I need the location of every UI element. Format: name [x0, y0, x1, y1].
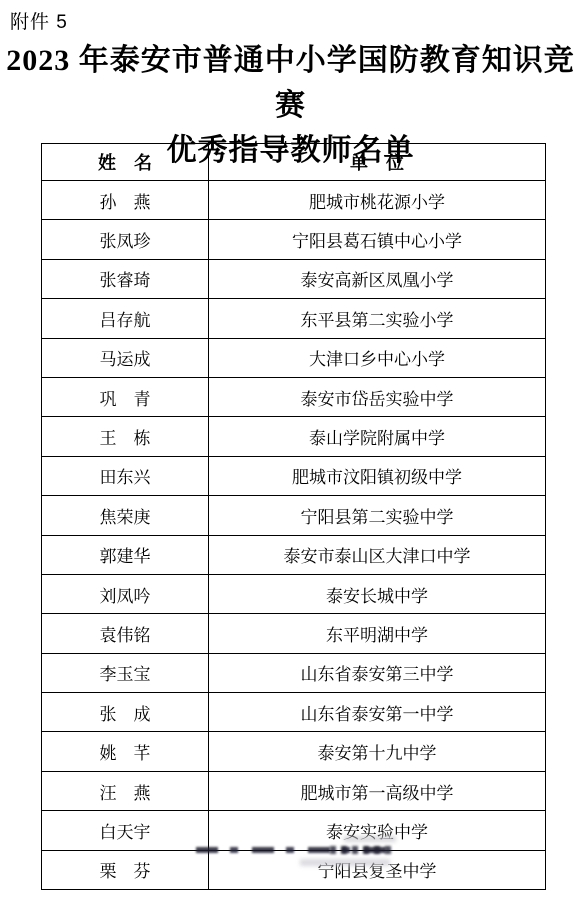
table-row: 姚 芊泰安第十九中学	[42, 732, 546, 771]
unit-cell: 泰安市岱岳实验中学	[209, 377, 546, 416]
name-cell: 姚 芊	[42, 732, 209, 771]
name-cell: 巩 青	[42, 377, 209, 416]
table-row: 李玉宝山东省泰安第三中学	[42, 653, 546, 692]
name-cell: 张 成	[42, 693, 209, 732]
name-cell: 张睿琦	[42, 259, 209, 298]
table-row: 白天宇泰安实验中学	[42, 811, 546, 850]
name-cell: 白天宇	[42, 811, 209, 850]
table-row: 吕存航东平县第二实验小学	[42, 299, 546, 338]
table-row: 王 栋泰山学院附属中学	[42, 417, 546, 456]
unit-cell: 东平明湖中学	[209, 614, 546, 653]
name-cell: 张凤珍	[42, 220, 209, 259]
unit-cell: 山东省泰安第三中学	[209, 653, 546, 692]
unit-cell: 肥城市第一高级中学	[209, 771, 546, 810]
name-cell: 袁伟铭	[42, 614, 209, 653]
unit-cell: 泰安高新区凤凰小学	[209, 259, 546, 298]
table-row: 汪 燕肥城市第一高级中学	[42, 771, 546, 810]
teacher-roster-table: 姓 名 单 位 孙 燕肥城市桃花源小学张凤珍宁阳县葛石镇中心小学张睿琦泰安高新区…	[41, 143, 546, 890]
watermark-smudge-dense	[330, 846, 396, 854]
table-row: 马运成大津口乡中心小学	[42, 338, 546, 377]
table-row: 孙 燕肥城市桃花源小学	[42, 181, 546, 220]
name-cell: 焦荣庚	[42, 496, 209, 535]
table-row: 巩 青泰安市岱岳实验中学	[42, 377, 546, 416]
unit-cell: 山东省泰安第一中学	[209, 693, 546, 732]
name-cell: 马运成	[42, 338, 209, 377]
unit-cell: 宁阳县第二实验中学	[209, 496, 546, 535]
name-cell: 郭建华	[42, 535, 209, 574]
table-row: 焦荣庚宁阳县第二实验中学	[42, 496, 546, 535]
unit-cell: 泰安第十九中学	[209, 732, 546, 771]
name-cell: 王 栋	[42, 417, 209, 456]
table-row: 张 成山东省泰安第一中学	[42, 693, 546, 732]
header-row: 姓 名 单 位	[42, 144, 546, 181]
name-cell: 汪 燕	[42, 771, 209, 810]
table-row: 郭建华泰安市泰山区大津口中学	[42, 535, 546, 574]
name-cell: 田东兴	[42, 456, 209, 495]
table-row: 袁伟铭东平明湖中学	[42, 614, 546, 653]
page-title-line1: 2023 年泰安市普通中小学国防教育知识竞赛	[0, 38, 581, 128]
table-body: 孙 燕肥城市桃花源小学张凤珍宁阳县葛石镇中心小学张睿琦泰安高新区凤凰小学吕存航东…	[42, 181, 546, 890]
table-row: 张凤珍宁阳县葛石镇中心小学	[42, 220, 546, 259]
table-row: 栗 芬宁阳县复圣中学	[42, 850, 546, 889]
watermark-ghost-bottom	[300, 859, 390, 866]
name-cell: 孙 燕	[42, 181, 209, 220]
attachment-label: 附件 5	[10, 7, 68, 34]
unit-cell: 东平县第二实验小学	[209, 299, 546, 338]
name-cell: 栗 芬	[42, 850, 209, 889]
unit-cell: 大津口乡中心小学	[209, 338, 546, 377]
unit-cell: 泰安市泰山区大津口中学	[209, 535, 546, 574]
table-row: 刘凤吟泰安长城中学	[42, 574, 546, 613]
name-cell: 刘凤吟	[42, 574, 209, 613]
unit-cell: 肥城市桃花源小学	[209, 181, 546, 220]
name-column-header: 姓 名	[42, 144, 209, 181]
unit-cell: 肥城市汶阳镇初级中学	[209, 456, 546, 495]
name-cell: 李玉宝	[42, 653, 209, 692]
unit-cell: 宁阳县葛石镇中心小学	[209, 220, 546, 259]
unit-column-header: 单 位	[209, 144, 546, 181]
name-cell: 吕存航	[42, 299, 209, 338]
unit-cell: 泰安长城中学	[209, 574, 546, 613]
unit-cell: 宁阳县复圣中学	[209, 850, 546, 889]
table-row: 张睿琦泰安高新区凤凰小学	[42, 259, 546, 298]
table-header: 姓 名 单 位	[42, 144, 546, 181]
unit-cell: 泰山学院附属中学	[209, 417, 546, 456]
watermark-ghost-top	[344, 836, 396, 842]
unit-cell: 泰安实验中学	[209, 811, 546, 850]
table-row: 田东兴肥城市汶阳镇初级中学	[42, 456, 546, 495]
